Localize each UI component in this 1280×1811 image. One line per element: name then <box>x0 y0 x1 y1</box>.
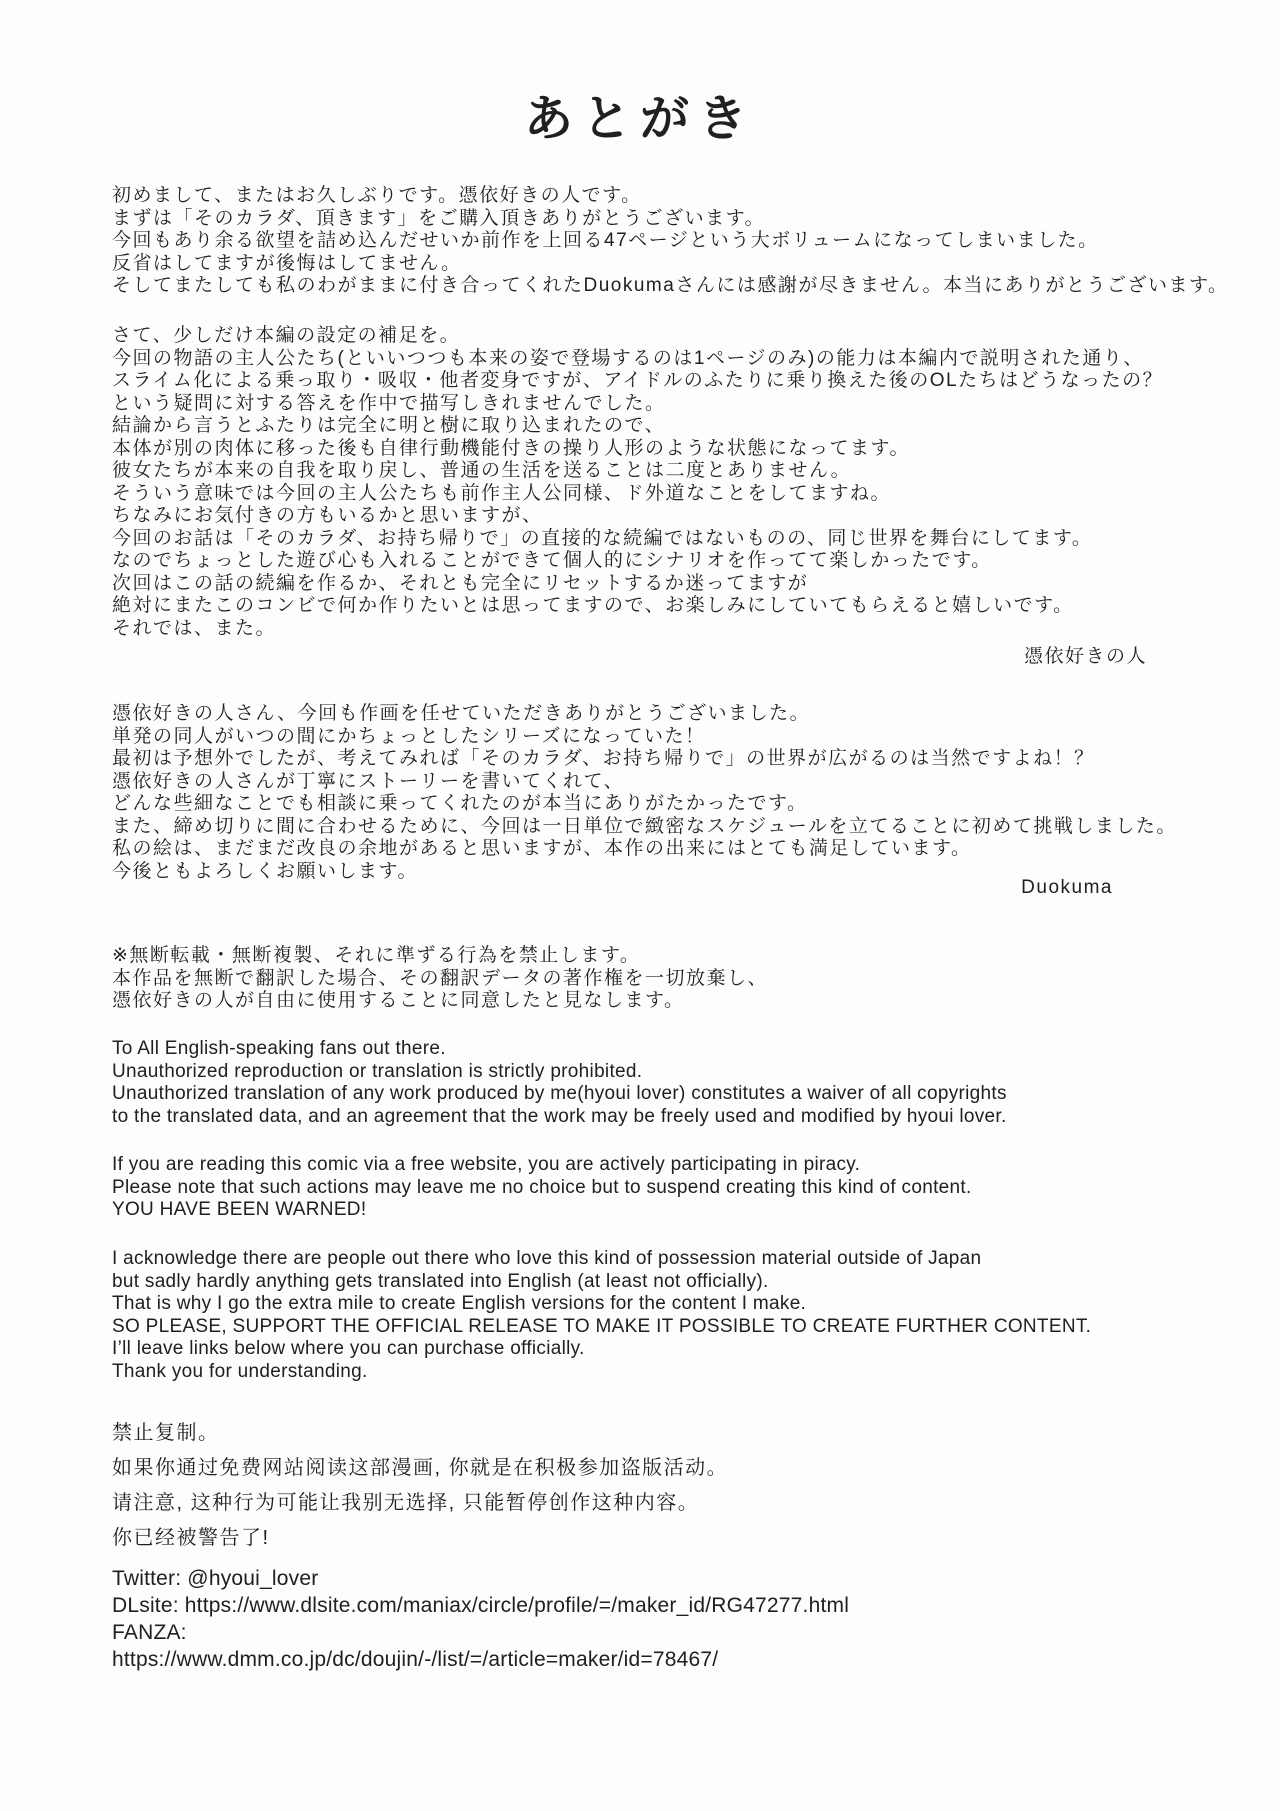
text-line: SO PLEASE, SUPPORT THE OFFICIAL RELEASE … <box>112 1316 1240 1339</box>
text-line: 本体が別の肉体に移った後も自律行動機能付きの操り人形のような状態になってます。 <box>112 438 1240 461</box>
story-notes-paragraph: さて、少しだけ本編の設定の補足を。今回の物語の主人公たち(といいつつも本来の姿で… <box>112 325 1240 640</box>
text-line: また、締め切りに間に合わせるために、今回は一日単位で緻密なスケジュールを立てるこ… <box>112 816 1240 839</box>
text-line: 次回はこの話の続編を作るか、それとも完全にリセットするか迷ってますが <box>112 573 1240 596</box>
text-line: 今回のお話は「そのカラダ、お持ち帰りで」の直接的な続編ではないものの、同じ世界を… <box>112 528 1240 551</box>
text-line: 如果你通过免费网站阅读这部漫画, 你就是在积极参加盗版活动。 <box>112 1457 1240 1480</box>
greeting-paragraph: 初めまして、またはお久しぶりです。憑依好きの人です。まずは「そのカラダ、頂きます… <box>112 185 1240 298</box>
text-line: ※無断転載・無断複製、それに準ずる行為を禁止します。 <box>112 945 1240 968</box>
text-line: 本作品を無断で翻訳した場合、その翻訳データの著作権を一切放棄し、 <box>112 968 1240 991</box>
text-line: 禁止复制。 <box>112 1422 1240 1445</box>
text-line: 反省はしてますが後悔はしてません。 <box>112 253 1240 276</box>
text-line: 彼女たちが本来の自我を取り戻し、普通の生活を送ることは二度とありません。 <box>112 460 1240 483</box>
text-line: Thank you for understanding. <box>112 1361 1240 1384</box>
text-line: そしてまたしても私のわがままに付き合ってくれたDuokumaさんには感謝が尽きま… <box>112 275 1240 298</box>
official-links: Twitter: @hyoui_lover DLsite: https://ww… <box>112 1567 1240 1675</box>
page-title: あとがき <box>0 90 1280 146</box>
dlsite-url-text: DLsite: https://www.dlsite.com/maniax/ci… <box>112 1594 1240 1617</box>
text-line: 憑依好きの人が自由に使用することに同意したと見なします。 <box>112 990 1240 1013</box>
text-line: to the translated data, and an agreement… <box>112 1106 1240 1129</box>
text-line: 今回もあり余る欲望を詰め込んだせいか前作を上回る47ページという大ボリュームにな… <box>112 230 1240 253</box>
text-line: If you are reading this comic via a free… <box>112 1154 1240 1177</box>
twitter-handle-text: Twitter: @hyoui_lover <box>112 1567 1240 1590</box>
text-line: 最初は予想外でしたが、考えてみれば「そのカラダ、お持ち帰りで」の世界が広がるのは… <box>112 748 1240 771</box>
text-line: I’ll leave links below where you can pur… <box>112 1338 1240 1361</box>
text-line: という疑問に対する答えを作中で描写しきれませんでした。 <box>112 393 1240 416</box>
fanza-label: FANZA: <box>112 1621 1240 1644</box>
text-line: そういう意味では今回の主人公たちも前作主人公同様、ド外道なことをしてますね。 <box>112 483 1240 506</box>
text-line: but sadly hardly anything gets translate… <box>112 1271 1240 1294</box>
text-line: 絶対にまたこのコンビで何か作りたいとは思ってますので、お楽しみにしていてもらえる… <box>112 595 1240 618</box>
text-line: To All English-speaking fans out there. <box>112 1038 1240 1061</box>
text-line: Unauthorized reproduction or translation… <box>112 1061 1240 1084</box>
text-line: 憑依好きの人さんが丁寧にストーリーを書いてくれて、 <box>112 771 1240 794</box>
text-line: まずは「そのカラダ、頂きます」をご購入頂きありがとうございます。 <box>112 208 1240 231</box>
text-line: なのでちょっとした遊び心も入れることができて個人的にシナリオを作ってて楽しかった… <box>112 550 1240 573</box>
artist-message-paragraph: 憑依好きの人さん、今回も作画を任せていただきありがとうございました。単発の同人が… <box>112 703 1240 883</box>
text-line: Please note that such actions may leave … <box>112 1177 1240 1200</box>
text-line: どんな些細なことでも相談に乗ってくれたのが本当にありがたかったです。 <box>112 793 1240 816</box>
text-line: Unauthorized translation of any work pro… <box>112 1083 1240 1106</box>
text-line: 请注意, 这种行为可能让我别无选择, 只能暂停创作这种内容。 <box>112 1492 1240 1515</box>
text-line: さて、少しだけ本編の設定の補足を。 <box>112 325 1240 348</box>
text-line: 単発の同人がいつの間にかちょっとしたシリーズになっていた！ <box>112 726 1240 749</box>
afterword-page: あとがき 初めまして、またはお久しぶりです。憑依好きの人です。まずは「そのカラダ… <box>0 0 1280 1811</box>
text-line: 初めまして、またはお久しぶりです。憑依好きの人です。 <box>112 185 1240 208</box>
text-line: 你已经被警告了! <box>112 1527 1240 1550</box>
text-line: YOU HAVE BEEN WARNED! <box>112 1199 1240 1222</box>
copyright-notice-jp: ※無断転載・無断複製、それに準ずる行為を禁止します。本作品を無断で翻訳した場合、… <box>112 945 1240 1013</box>
english-notice-piracy-warning: If you are reading this comic via a free… <box>112 1154 1240 1222</box>
text-line: 結論から言うとふたりは完全に明と樹に取り込まれたので、 <box>112 415 1240 438</box>
english-notice-copyright: To All English-speaking fans out there.U… <box>112 1038 1240 1128</box>
artist-signature: Duokuma <box>1021 877 1113 900</box>
text-line: それでは、また。 <box>112 618 1240 641</box>
text-line: 私の絵は、まだまだ改良の余地があると思いますが、本作の出来にはとても満足していま… <box>112 838 1240 861</box>
chinese-notice: 禁止复制。如果你通过免费网站阅读这部漫画, 你就是在积极参加盗版活动。请注意, … <box>112 1422 1240 1562</box>
english-notice-support: I acknowledge there are people out there… <box>112 1248 1240 1383</box>
text-line: That is why I go the extra mile to creat… <box>112 1293 1240 1316</box>
text-line: 今回の物語の主人公たち(といいつつも本来の姿で登場するのは1ページのみ)の能力は… <box>112 348 1240 371</box>
author-signature: 憑依好きの人 <box>1024 646 1147 669</box>
text-line: I acknowledge there are people out there… <box>112 1248 1240 1271</box>
fanza-url-text: https://www.dmm.co.jp/dc/doujin/-/list/=… <box>112 1648 1240 1671</box>
text-line: 憑依好きの人さん、今回も作画を任せていただきありがとうございました。 <box>112 703 1240 726</box>
text-line: ちなみにお気付きの方もいるかと思いますが、 <box>112 505 1240 528</box>
text-line: スライム化による乗っ取り・吸収・他者変身ですが、アイドルのふたりに乗り換えた後の… <box>112 370 1240 393</box>
